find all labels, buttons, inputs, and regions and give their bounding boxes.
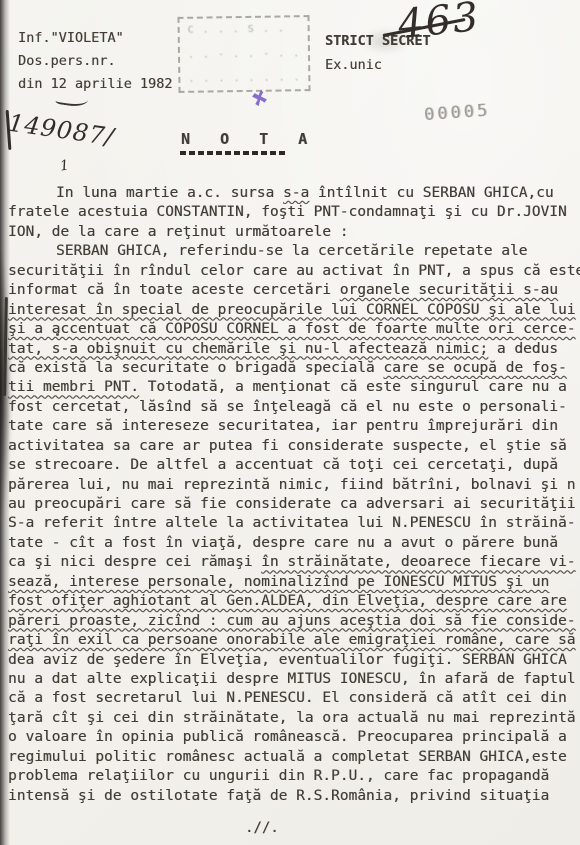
body-line: activitatea sa care ar putea fi consider…	[0, 438, 580, 457]
archive-stamp-line1: C . . . S . .	[188, 23, 300, 36]
body-line: că a fost secretarul lui N.PENESCU. El c…	[0, 690, 580, 709]
body-line: se strecoare. De altfel a accentuat că t…	[0, 457, 580, 476]
margin-handwritten-sub: 1	[59, 157, 70, 174]
body-line: problema relaţiilor cu ungurii din R.P.U…	[0, 768, 580, 787]
body-line: interesat în special de preocupările lui…	[0, 302, 580, 321]
body-line: informat că în toate aceste cercetări or…	[0, 282, 580, 301]
copy-label: Ex.unic	[325, 57, 382, 73]
body-line: şi a accentuat că COPOSU CORNEL a fost d…	[0, 321, 580, 340]
archive-stamp-line2: . . - . . - . . . .	[188, 48, 300, 61]
body-line: au preocupări care să fie considerate ca…	[0, 496, 580, 515]
body-line: S-a referit între altele la activitatea …	[0, 515, 580, 534]
dossier-label: Dos.pers.nr.	[18, 53, 116, 69]
archive-stamp-line3: . . . . . . . . . . . . . .	[188, 72, 300, 85]
scan-speck	[56, 333, 59, 336]
body-line: păreri proaste, zicînd : cum au ajuns ac…	[0, 613, 580, 632]
archive-stamp: C . . . S . . . . - . . - . . . . . . . …	[177, 15, 310, 93]
body-line: tate - cît a fost în viaţă, despre care …	[0, 535, 580, 554]
body-line: SERBAN GHICA, referindu-se la cercetăril…	[0, 243, 580, 262]
body-line: sează, interese personale, nominalizînd …	[0, 574, 580, 593]
body-line: securităţii în rîndul celor care au acti…	[0, 263, 580, 282]
body-line: ca şi nici despre cei rămaşi în străinăt…	[0, 554, 580, 573]
informer-name: Inf."VIOLETA"	[18, 30, 124, 46]
body-line: tii membri PNT. Totodată, a menţionat că…	[0, 379, 580, 398]
handwritten-tick-mark	[55, 90, 89, 108]
document-title: N O T A	[181, 130, 314, 148]
registry-number-stamp: 00005	[423, 101, 490, 126]
body-line: raţi în exil ca persoane onorabile ale e…	[0, 632, 580, 651]
body-line: că există la securitate o brigadă specia…	[0, 360, 580, 379]
body-line: părerea lui, nu mai reprezintă nimic, fi…	[0, 477, 580, 496]
body-line: dea aviz de şedere în Elveţia, eventuali…	[0, 652, 580, 671]
title-underline-dashes	[180, 151, 287, 155]
continuation-mark: .//.	[245, 820, 279, 836]
body-line: intensă şi de ostilotate faţă de R.S.Rom…	[0, 788, 580, 807]
body-line: fost ofiţer aghiotant al Gen.ALDEA, din …	[0, 593, 580, 612]
body-line: tat, s-a obişnuit cu chemările şi nu-l a…	[0, 341, 580, 360]
margin-handwritten-number: 149087/	[7, 109, 117, 152]
scanned-document-page: Inf."VIOLETA" Dos.pers.nr. din 12 aprili…	[0, 0, 580, 845]
body-line: o valoare în opinia publică românească. …	[0, 729, 580, 748]
document-date: din 12 aprilie 1982	[18, 76, 172, 92]
document-body: In luna martie a.c. sursa s-a întîlnit c…	[0, 185, 580, 807]
body-line: regimului politic românesc actuală a com…	[0, 749, 580, 768]
body-line: nu a dat alte explicaţii despre MITUS IO…	[0, 671, 580, 690]
body-line: fost cercetat, lăsînd să se înţeleagă că…	[0, 399, 580, 418]
body-line: ţară cît şi cei din străinătate, la ora …	[0, 710, 580, 729]
body-line: tate care să intereseze securitatea, iar…	[0, 418, 580, 437]
body-line: ION, de la care a reţinut următoarele :	[0, 224, 580, 243]
body-line: In luna martie a.c. sursa s-a întîlnit c…	[0, 185, 580, 204]
body-line: fratele acestuia CONSTANTIN, foşti PNT-c…	[0, 204, 580, 223]
